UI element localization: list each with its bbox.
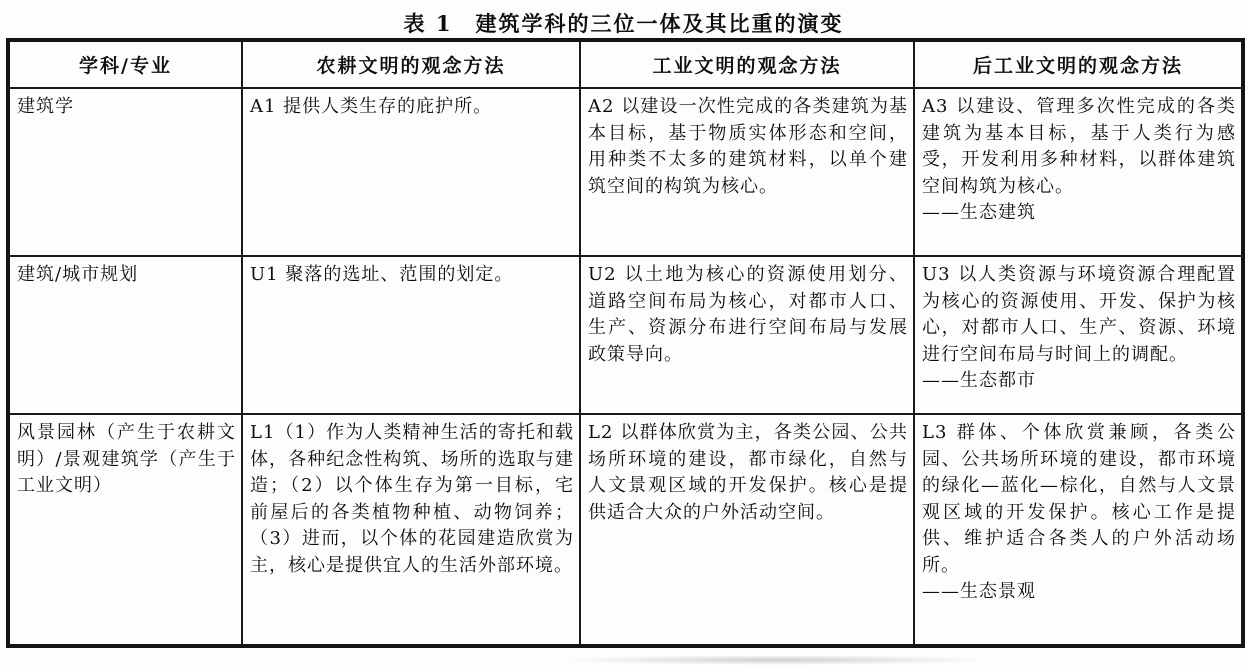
discipline-cell: 建筑/城市规划	[8, 256, 242, 414]
col-header-discipline: 学科/专业	[8, 40, 242, 88]
postindustrial-text: U3 以人类资源与环境资源合理配置为核心的资源使用、开发、保护为核心，对都市人口…	[922, 262, 1236, 368]
discipline-cell: 风景园林（产生于农耕文明）/景观建筑学（产生于工业文明）	[8, 414, 242, 646]
eco-architecture-label: ——生态建筑	[922, 200, 1236, 227]
table-row-landscape: 风景园林（产生于农耕文明）/景观建筑学（产生于工业文明） L1（1）作为人类精神…	[8, 414, 1243, 646]
header-row: 学科/专业 农耕文明的观念方法 工业文明的观念方法 后工业文明的观念方法	[8, 40, 1243, 88]
agrarian-cell: U1 聚落的选址、范围的划定。	[242, 256, 580, 414]
col-header-industrial: 工业文明的观念方法	[580, 40, 914, 88]
postindustrial-cell: U3 以人类资源与环境资源合理配置为核心的资源使用、开发、保护为核心，对都市人口…	[914, 256, 1243, 414]
industrial-cell: U2 以土地为核心的资源使用划分、道路空间布局为核心，对都市人口、生产、资源分布…	[580, 256, 914, 414]
agrarian-cell: L1（1）作为人类精神生活的寄托和载体，各种纪念性构筑、场所的选取与建造；（2）…	[242, 414, 580, 646]
col-header-postindustrial: 后工业文明的观念方法	[914, 40, 1243, 88]
postindustrial-text: L3 群体、个体欣赏兼顾，各类公园、公共场所环境的建设，都市环境的绿化—蓝化—棕…	[922, 420, 1236, 579]
eco-city-label: ——生态都市	[922, 368, 1236, 395]
discipline-cell: 建筑学	[8, 88, 242, 256]
scanned-paper-page: 表 1 建筑学科的三位一体及其比重的演变 学科/专业 农耕文明的观念方法 工业文…	[0, 0, 1247, 665]
agrarian-cell: A1 提供人类生存的庇护所。	[242, 88, 580, 256]
postindustrial-text: A3 以建设、管理多次性完成的各类建筑为基本目标，基于人类行为感受，开发利用多种…	[922, 94, 1236, 200]
eco-landscape-label: ——生态景观	[922, 579, 1236, 606]
table-caption: 表 1 建筑学科的三位一体及其比重的演变	[0, 0, 1247, 38]
table-row-urban-planning: 建筑/城市规划 U1 聚落的选址、范围的划定。 U2 以土地为核心的资源使用划分…	[8, 256, 1243, 414]
postindustrial-cell: L3 群体、个体欣赏兼顾，各类公园、公共场所环境的建设，都市环境的绿化—蓝化—棕…	[914, 414, 1243, 646]
industrial-cell: A2 以建设一次性完成的各类建筑为基本目标，基于物质实体形态和空间，用种类不太多…	[580, 88, 914, 256]
scan-artifact	[560, 655, 990, 665]
col-header-agrarian: 农耕文明的观念方法	[242, 40, 580, 88]
industrial-cell: L2 以群体欣赏为主，各类公园、公共场所环境的建设，都市绿化，自然与人文景观区域…	[580, 414, 914, 646]
trinity-evolution-table: 学科/专业 农耕文明的观念方法 工业文明的观念方法 后工业文明的观念方法 建筑学…	[6, 38, 1245, 648]
table-row-architecture: 建筑学 A1 提供人类生存的庇护所。 A2 以建设一次性完成的各类建筑为基本目标…	[8, 88, 1243, 256]
postindustrial-cell: A3 以建设、管理多次性完成的各类建筑为基本目标，基于人类行为感受，开发利用多种…	[914, 88, 1243, 256]
